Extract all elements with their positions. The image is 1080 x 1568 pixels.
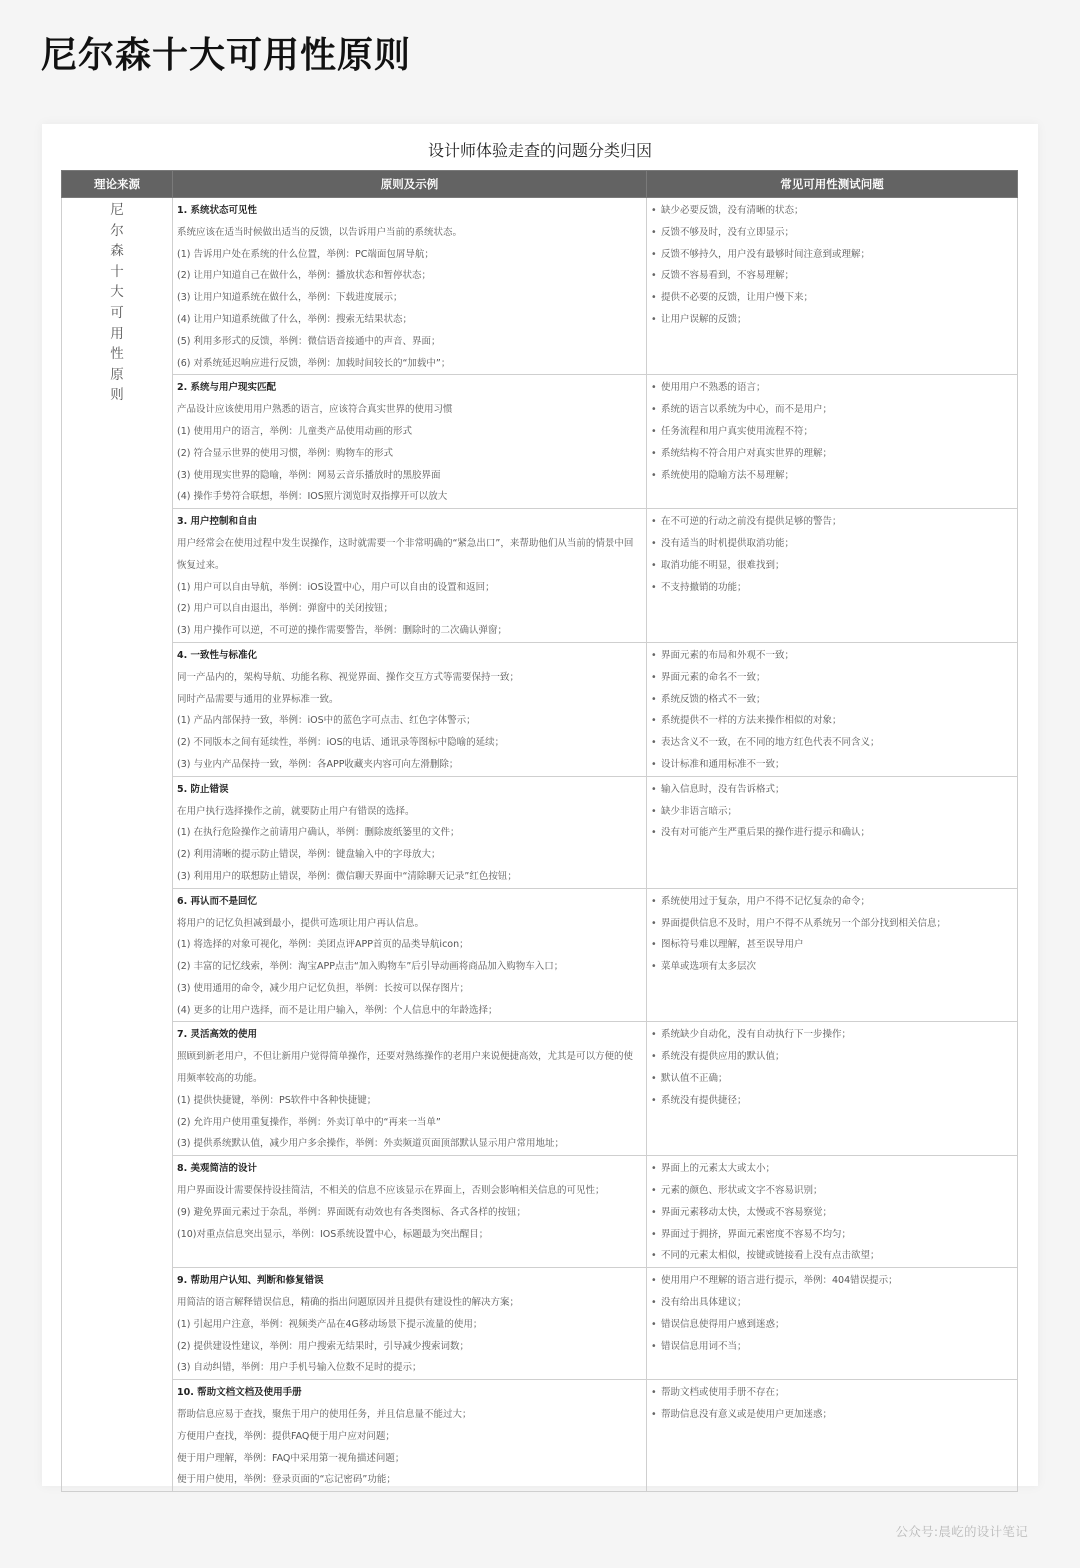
principle-cell: 1. 系统状态可见性系统应该在适当时候做出适当的反馈，以告诉用户当前的系统状态。… (173, 198, 647, 375)
issue-text: 没有适当的时机提供取消功能； (661, 538, 794, 549)
principle-cell: 10. 帮助文档文档及使用手册帮助信息应易于查找，聚焦于用户的使用任务，并且信息… (173, 1380, 647, 1492)
principle-line: 用户界面设计需要保持设挂简洁，不相关的信息不应该显示在界面上，否则会影响相关信息… (177, 1180, 642, 1202)
table-row: 4. 一致性与标准化同一产品内的，架构导航、功能名称、视觉界面、操作交互方式等需… (62, 642, 1018, 776)
table-row: 3. 用户控制和自由用户经常会在使用过程中发生误操作，这时就需要一个非常明确的“… (62, 509, 1018, 643)
source-cell: 尼尔森十大可用性原则 (62, 198, 173, 1492)
watermark: 公众号:晨屹的设计笔记 (895, 1522, 1028, 1540)
bullet-icon: • (651, 399, 661, 421)
principle-line: 在用户执行选择操作之前，就要防止用户有错误的选择。 (177, 801, 642, 823)
bullet-icon: • (651, 577, 661, 599)
issue-item: •系统使用过于复杂，用户不得不记忆复杂的命令； (651, 891, 1013, 913)
principle-cell: 9. 帮助用户认知、判断和修复错误用简洁的语言解释错误信息，精确的指出问题原因并… (173, 1268, 647, 1380)
principle-line: 便于用户理解，举例：FAQ中采用第一视角描述问题； (177, 1448, 642, 1470)
issue-text: 使用用户不熟悉的语言； (661, 382, 766, 393)
issue-text: 不同的元素太相似，按键或链接看上没有点击欲望； (661, 1250, 880, 1261)
issue-text: 缺少必要反馈，没有清晰的状态； (661, 205, 804, 216)
principle-line: 同一产品内的，架构导航、功能名称、视觉界面、操作交互方式等需要保持一致； (177, 667, 642, 689)
issue-text: 反馈不够及时，没有立即显示； (661, 227, 794, 238)
principle-line: (2) 不同版本之间有延续性，举例：iOS的电话、通讯录等图标中隐喻的延续； (177, 732, 642, 754)
bullet-icon: • (651, 377, 661, 399)
bullet-icon: • (651, 891, 661, 913)
principle-title: 3. 用户控制和自由 (177, 511, 642, 533)
table-row: 8. 美观简洁的设计用户界面设计需要保持设挂简洁，不相关的信息不应该显示在界面上… (62, 1156, 1018, 1268)
issue-text: 缺少非语言暗示； (661, 806, 737, 817)
issue-item: •没有对可能产生严重后果的操作进行提示和确认； (651, 822, 1013, 844)
issue-text: 系统反馈的格式不一致； (661, 694, 766, 705)
principle-cell: 2. 系统与用户现实匹配产品设计应该使用用户熟悉的语言，应该符合真实世界的使用习… (173, 375, 647, 509)
principle-line: (3) 让用户知道系统在做什么，举例：下载进度展示； (177, 287, 642, 309)
issue-text: 错误信息用词不当； (661, 1341, 747, 1352)
table-row: 7. 灵活高效的使用照顾到新老用户，不但让新用户觉得简单操作，还要对熟练操作的老… (62, 1022, 1018, 1156)
bullet-icon: • (651, 822, 661, 844)
issue-text: 系统使用的隐喻方法不易理解； (661, 470, 794, 481)
principle-title: 4. 一致性与标准化 (177, 645, 642, 667)
bullet-icon: • (651, 1404, 661, 1426)
issue-text: 设计标准和通用标准不一致； (661, 759, 785, 770)
principle-line: (1) 将选择的对象可视化，举例：美团点评APP首页的品类导航icon； (177, 934, 642, 956)
issue-item: •反馈不够持久，用户没有最够时间注意到或理解； (651, 244, 1013, 266)
issue-text: 反馈不够持久，用户没有最够时间注意到或理解； (661, 249, 870, 260)
bullet-icon: • (651, 1245, 661, 1267)
principle-line: (1) 引起用户注意，举例：视频类产品在4G移动场景下提示流量的使用； (177, 1314, 642, 1336)
principle-line: 同时产品需要与通用的业界标准一致。 (177, 689, 642, 711)
principle-line: (5) 利用多形式的反馈，举例：微信语音接通中的声音、界面； (177, 331, 642, 353)
bullet-icon: • (651, 265, 661, 287)
bullet-icon: • (651, 913, 661, 935)
issue-item: •任务流程和用户真实使用流程不符； (651, 421, 1013, 443)
bullet-icon: • (651, 443, 661, 465)
principle-cell: 7. 灵活高效的使用照顾到新老用户，不但让新用户觉得简单操作，还要对熟练操作的老… (173, 1022, 647, 1156)
principle-line: (3) 利用用户的联想防止错误，举例：微信聊天界面中“清除聊天记录”红色按钮； (177, 866, 642, 888)
issue-text: 取消功能不明显，很难找到； (661, 560, 785, 571)
principle-title: 6. 再认而不是回忆 (177, 891, 642, 913)
issue-item: •在不可逆的行动之前没有提供足够的警告； (651, 511, 1013, 533)
bullet-icon: • (651, 1224, 661, 1246)
principle-cell: 5. 防止错误在用户执行选择操作之前，就要防止用户有错误的选择。(1) 在执行危… (173, 776, 647, 888)
bullet-icon: • (651, 1292, 661, 1314)
issue-item: •系统没有提供应用的默认值； (651, 1046, 1013, 1068)
issue-item: •错误信息用词不当； (651, 1336, 1013, 1358)
source-label: 尼尔森十大可用性原则 (109, 200, 125, 406)
issue-item: •元素的颜色、形状或文字不容易识别； (651, 1180, 1013, 1202)
bullet-icon: • (651, 1024, 661, 1046)
principle-line: (3) 自动纠错，举例：用户手机号输入位数不足时的提示； (177, 1357, 642, 1379)
bullet-icon: • (651, 1158, 661, 1180)
principle-line: (9) 避免界面元素过于杂乱，举例：界面既有动效也有各类图标、各式各样的按钮； (177, 1202, 642, 1224)
issue-item: •界面过于拥挤，界面元素密度不容易不均匀； (651, 1224, 1013, 1246)
issue-item: •反馈不容易看到，不容易理解； (651, 265, 1013, 287)
issue-item: •表达含义不一致，在不同的地方红色代表不同含义； (651, 732, 1013, 754)
principle-line: 产品设计应该使用用户熟悉的语言，应该符合真实世界的使用习惯 (177, 399, 642, 421)
issue-item: •系统结构不符合用户对真实世界的理解； (651, 443, 1013, 465)
issue-text: 图标符号难以理解，甚至误导用户 (661, 939, 804, 950)
issue-text: 在不可逆的行动之前没有提供足够的警告； (661, 516, 842, 527)
issue-item: •界面元素的命名不一致； (651, 667, 1013, 689)
issue-text: 界面上的元素太大或太小； (661, 1163, 775, 1174)
table-row: 2. 系统与用户现实匹配产品设计应该使用用户熟悉的语言，应该符合真实世界的使用习… (62, 375, 1018, 509)
table-card: 设计师体验走查的问题分类归因 理论来源 原则及示例 常见可用性测试问题 尼尔森十… (42, 124, 1038, 1486)
issue-text: 没有对可能产生严重后果的操作进行提示和确认； (661, 827, 870, 838)
issue-item: •使用用户不理解的语言进行提示，举例：404错误提示； (651, 1270, 1013, 1292)
issue-text: 菜单或选项有太多层次 (661, 961, 756, 972)
principle-cell: 4. 一致性与标准化同一产品内的，架构导航、功能名称、视觉界面、操作交互方式等需… (173, 642, 647, 776)
page-title: 尼尔森十大可用性原则 (41, 30, 411, 82)
issue-item: •界面提供信息不及时，用户不得不从系统另一个部分找到相关信息； (651, 913, 1013, 935)
issue-text: 界面过于拥挤，界面元素密度不容易不均匀； (661, 1229, 851, 1240)
bullet-icon: • (651, 555, 661, 577)
principle-line: (2) 符合显示世界的使用习惯，举例：购物车的形式 (177, 443, 642, 465)
table-body: 尼尔森十大可用性原则1. 系统状态可见性系统应该在适当时候做出适当的反馈，以告诉… (62, 198, 1018, 1492)
principle-line: (4) 操作手势符合联想，举例：IOS照片浏览时双指撑开可以放大 (177, 486, 642, 508)
principle-line: (10)对重点信息突出显示，举例：IOS系统设置中心，标题最为突出醒目； (177, 1224, 642, 1246)
bullet-icon: • (651, 200, 661, 222)
bullet-icon: • (651, 1068, 661, 1090)
issues-cell: •界面元素的布局和外观不一致；•界面元素的命名不一致；•系统反馈的格式不一致；•… (647, 642, 1018, 776)
issue-item: •没有适当的时机提供取消功能； (651, 533, 1013, 555)
principle-line: (4) 更多的让用户选择，而不是让用户输入，举例：个人信息中的年龄选择； (177, 1000, 642, 1022)
principle-line: (2) 用户可以自由退出，举例：弹窗中的关闭按钮； (177, 598, 642, 620)
issue-text: 系统的语言以系统为中心，而不是用户； (661, 404, 832, 415)
principle-line: (2) 利用清晰的提示防止错误，举例：键盘输入中的字母放大； (177, 844, 642, 866)
bullet-icon: • (651, 1202, 661, 1224)
principle-title: 5. 防止错误 (177, 779, 642, 801)
principle-line: 用简洁的语言解释错误信息，精确的指出问题原因并且提供有建设性的解决方案； (177, 1292, 642, 1314)
bullet-icon: • (651, 244, 661, 266)
bullet-icon: • (651, 956, 661, 978)
issue-text: 系统提供不一样的方法来操作相似的对象； (661, 715, 842, 726)
issue-item: •缺少非语言暗示； (651, 801, 1013, 823)
principle-cell: 8. 美观简洁的设计用户界面设计需要保持设挂简洁，不相关的信息不应该显示在界面上… (173, 1156, 647, 1268)
principle-cell: 3. 用户控制和自由用户经常会在使用过程中发生误操作，这时就需要一个非常明确的“… (173, 509, 647, 643)
issue-item: •不同的元素太相似，按键或链接看上没有点击欲望； (651, 1245, 1013, 1267)
principle-line: (1) 使用用户的语言，举例：儿童类产品使用动画的形式 (177, 421, 642, 443)
principle-title: 2. 系统与用户现实匹配 (177, 377, 642, 399)
principle-line: 将用户的记忆负担减到最小，提供可选项让用户再认信息。 (177, 913, 642, 935)
principle-line: (3) 使用现实世界的隐喻，举例：网易云音乐播放时的黑胶界面 (177, 465, 642, 487)
issue-text: 元素的颜色、形状或文字不容易识别； (661, 1185, 823, 1196)
bullet-icon: • (651, 710, 661, 732)
issue-item: •没有给出具体建议； (651, 1292, 1013, 1314)
issues-cell: •界面上的元素太大或太小；•元素的颜色、形状或文字不容易识别；•界面元素移动太快… (647, 1156, 1018, 1268)
issue-item: •图标符号难以理解，甚至误导用户 (651, 934, 1013, 956)
principle-line: (1) 在执行危险操作之前请用户确认，举例：删除废纸篓里的文件； (177, 822, 642, 844)
principle-line: (3) 与业内产品保持一致，举例：各APP收藏夹内容可向左滑删除； (177, 754, 642, 776)
bullet-icon: • (651, 645, 661, 667)
issue-text: 界面提供信息不及时，用户不得不从系统另一个部分找到相关信息； (661, 918, 946, 929)
issue-text: 系统结构不符合用户对真实世界的理解； (661, 448, 832, 459)
principle-line: (3) 使用通用的命令，减少用户记忆负担，举例：长按可以保存图片； (177, 978, 642, 1000)
issues-cell: •使用用户不理解的语言进行提示，举例：404错误提示；•没有给出具体建议；•错误… (647, 1268, 1018, 1380)
issue-text: 表达含义不一致，在不同的地方红色代表不同含义； (661, 737, 880, 748)
bullet-icon: • (651, 667, 661, 689)
table-row: 10. 帮助文档文档及使用手册帮助信息应易于查找，聚焦于用户的使用任务，并且信息… (62, 1380, 1018, 1492)
principle-title: 8. 美观简洁的设计 (177, 1158, 642, 1180)
bullet-icon: • (651, 421, 661, 443)
principle-line: 系统应该在适当时候做出适当的反馈，以告诉用户当前的系统状态。 (177, 222, 642, 244)
table-title: 设计师体验走查的问题分类归因 (42, 138, 1038, 164)
issue-item: •系统缺少自动化，没有自动执行下一步操作； (651, 1024, 1013, 1046)
issue-text: 帮助文档或使用手册不存在； (661, 1387, 785, 1398)
bullet-icon: • (651, 779, 661, 801)
issues-cell: •缺少必要反馈，没有清晰的状态；•反馈不够及时，没有立即显示；•反馈不够持久，用… (647, 198, 1018, 375)
principle-title: 7. 灵活高效的使用 (177, 1024, 642, 1046)
issue-text: 默认值不正确； (661, 1073, 728, 1084)
issues-cell: •帮助文档或使用手册不存在；•帮助信息没有意义或是使用户更加迷惑； (647, 1380, 1018, 1492)
issues-cell: •使用用户不熟悉的语言；•系统的语言以系统为中心，而不是用户；•任务流程和用户真… (647, 375, 1018, 509)
issue-item: •界面元素的布局和外观不一致； (651, 645, 1013, 667)
issue-text: 提供不必要的反馈，让用户慢下来； (661, 292, 813, 303)
issue-text: 界面元素移动太快，太慢或不容易察觉； (661, 1207, 832, 1218)
principle-line: 照顾到新老用户，不但让新用户觉得简单操作，还要对熟练操作的老用户来说便捷高效，尤… (177, 1046, 642, 1090)
bullet-icon: • (651, 1382, 661, 1404)
principle-line: 帮助信息应易于查找，聚焦于用户的使用任务，并且信息量不能过大； (177, 1404, 642, 1426)
bullet-icon: • (651, 222, 661, 244)
issues-cell: •系统缺少自动化，没有自动执行下一步操作；•系统没有提供应用的默认值；•默认值不… (647, 1022, 1018, 1156)
bullet-icon: • (651, 1314, 661, 1336)
bullet-icon: • (651, 511, 661, 533)
issue-item: •输入信息时，没有告诉格式； (651, 779, 1013, 801)
issues-cell: •系统使用过于复杂，用户不得不记忆复杂的命令；•界面提供信息不及时，用户不得不从… (647, 888, 1018, 1022)
principle-line: 便于用户使用，举例：登录页面的“忘记密码”功能； (177, 1469, 642, 1491)
issue-item: •系统反馈的格式不一致； (651, 689, 1013, 711)
issue-text: 任务流程和用户真实使用流程不符； (661, 426, 813, 437)
issue-text: 系统缺少自动化，没有自动执行下一步操作； (661, 1029, 851, 1040)
bullet-icon: • (651, 309, 661, 331)
issue-text: 输入信息时，没有告诉格式； (661, 784, 785, 795)
table-row: 尼尔森十大可用性原则1. 系统状态可见性系统应该在适当时候做出适当的反馈，以告诉… (62, 198, 1018, 375)
bullet-icon: • (651, 1046, 661, 1068)
principle-line: (4) 让用户知道系统做了什么，举例：搜索无结果状态； (177, 309, 642, 331)
bullet-icon: • (651, 287, 661, 309)
bullet-icon: • (651, 1180, 661, 1202)
issue-item: •帮助信息没有意义或是使用户更加迷惑； (651, 1404, 1013, 1426)
issue-item: •系统使用的隐喻方法不易理解； (651, 465, 1013, 487)
issue-item: •错误信息使得用户感到迷惑； (651, 1314, 1013, 1336)
issue-text: 系统没有提供捷径； (661, 1095, 747, 1106)
bullet-icon: • (651, 732, 661, 754)
bullet-icon: • (651, 754, 661, 776)
principle-line: (3) 用户操作可以逆，不可逆的操作需要警告，举例：删除时的二次确认弹窗； (177, 620, 642, 642)
principle-title: 1. 系统状态可见性 (177, 200, 642, 222)
issue-text: 系统使用过于复杂，用户不得不记忆复杂的命令； (661, 896, 870, 907)
issue-item: •默认值不正确； (651, 1068, 1013, 1090)
issue-text: 不支持撤销的功能； (661, 582, 747, 593)
principles-table: 理论来源 原则及示例 常见可用性测试问题 尼尔森十大可用性原则1. 系统状态可见… (61, 170, 1018, 1492)
issue-item: •提供不必要的反馈，让用户慢下来； (651, 287, 1013, 309)
principle-line: (2) 允许用户使用重复操作，举例：外卖订单中的“再来一当单” (177, 1112, 642, 1134)
principle-line: 用户经常会在使用过程中发生误操作，这时就需要一个非常明确的“紧急出口”，来帮助他… (177, 533, 642, 577)
issue-text: 让用户误解的反馈； (661, 314, 747, 325)
table-row: 6. 再认而不是回忆将用户的记忆负担减到最小，提供可选项让用户再认信息。(1) … (62, 888, 1018, 1022)
principle-line: (1) 提供快捷键，举例：PS软件中各种快捷键； (177, 1090, 642, 1112)
issue-text: 帮助信息没有意义或是使用户更加迷惑； (661, 1409, 832, 1420)
issues-cell: •在不可逆的行动之前没有提供足够的警告；•没有适当的时机提供取消功能；•取消功能… (647, 509, 1018, 643)
issue-text: 系统没有提供应用的默认值； (661, 1051, 785, 1062)
principle-line: 方便用户查找，举例：提供FAQ便于用户应对问题； (177, 1426, 642, 1448)
issue-item: •不支持撤销的功能； (651, 577, 1013, 599)
bullet-icon: • (651, 1090, 661, 1112)
issue-text: 反馈不容易看到，不容易理解； (661, 270, 794, 281)
principle-line: (3) 提供系统默认值，减少用户多余操作，举例：外卖频道页面顶部默认显示用户常用… (177, 1133, 642, 1155)
bullet-icon: • (651, 465, 661, 487)
issue-item: •帮助文档或使用手册不存在； (651, 1382, 1013, 1404)
issue-item: •系统没有提供捷径； (651, 1090, 1013, 1112)
issue-item: •让用户误解的反馈； (651, 309, 1013, 331)
principle-line: (2) 丰富的记忆线索，举例：淘宝APP点击“加入购物车”后引导动画将商品加入购… (177, 956, 642, 978)
issue-item: •界面上的元素太大或太小； (651, 1158, 1013, 1180)
issues-cell: •输入信息时，没有告诉格式；•缺少非语言暗示；•没有对可能产生严重后果的操作进行… (647, 776, 1018, 888)
issue-text: 使用用户不理解的语言进行提示，举例：404错误提示； (661, 1275, 898, 1286)
principle-line: (1) 用户可以自由导航，举例：iOS设置中心，用户可以自由的设置和返回； (177, 577, 642, 599)
issue-item: •设计标准和通用标准不一致； (651, 754, 1013, 776)
issue-item: •使用用户不熟悉的语言； (651, 377, 1013, 399)
issue-text: 错误信息使得用户感到迷惑； (661, 1319, 785, 1330)
issue-item: •菜单或选项有太多层次 (651, 956, 1013, 978)
bullet-icon: • (651, 689, 661, 711)
issue-text: 没有给出具体建议； (661, 1297, 747, 1308)
table-row: 9. 帮助用户认知、判断和修复错误用简洁的语言解释错误信息，精确的指出问题原因并… (62, 1268, 1018, 1380)
bullet-icon: • (651, 1336, 661, 1358)
bullet-icon: • (651, 533, 661, 555)
issue-item: •系统的语言以系统为中心，而不是用户； (651, 399, 1013, 421)
principle-line: (2) 让用户知道自己在做什么，举例：播放状态和暂停状态； (177, 265, 642, 287)
principle-cell: 6. 再认而不是回忆将用户的记忆负担减到最小，提供可选项让用户再认信息。(1) … (173, 888, 647, 1022)
principle-title: 10. 帮助文档文档及使用手册 (177, 1382, 642, 1404)
issue-item: •取消功能不明显，很难找到； (651, 555, 1013, 577)
issue-item: •系统提供不一样的方法来操作相似的对象； (651, 710, 1013, 732)
table-row: 5. 防止错误在用户执行选择操作之前，就要防止用户有错误的选择。(1) 在执行危… (62, 776, 1018, 888)
principle-line: (6) 对系统延迟响应进行反馈，举例：加载时间较长的“加载中”； (177, 353, 642, 375)
principle-line: (1) 告诉用户处在系统的什么位置，举例：PC端面包屑导航； (177, 244, 642, 266)
issue-item: •反馈不够及时，没有立即显示； (651, 222, 1013, 244)
principle-line: (2) 提供建设性建议，举例：用户搜索无结果时，引导减少搜索词数； (177, 1336, 642, 1358)
bullet-icon: • (651, 801, 661, 823)
bullet-icon: • (651, 1270, 661, 1292)
issue-item: •缺少必要反馈，没有清晰的状态； (651, 200, 1013, 222)
header-issues: 常见可用性测试问题 (647, 171, 1018, 198)
bullet-icon: • (651, 934, 661, 956)
table-header-row: 理论来源 原则及示例 常见可用性测试问题 (62, 171, 1018, 198)
header-source: 理论来源 (62, 171, 173, 198)
principle-title: 9. 帮助用户认知、判断和修复错误 (177, 1270, 642, 1292)
header-principles: 原则及示例 (173, 171, 647, 198)
principle-line: (1) 产品内部保持一致，举例：iOS中的蓝色字可点击、红色字体警示； (177, 710, 642, 732)
issue-text: 界面元素的命名不一致； (661, 672, 766, 683)
issue-item: •界面元素移动太快，太慢或不容易察觉； (651, 1202, 1013, 1224)
issue-text: 界面元素的布局和外观不一致； (661, 650, 794, 661)
